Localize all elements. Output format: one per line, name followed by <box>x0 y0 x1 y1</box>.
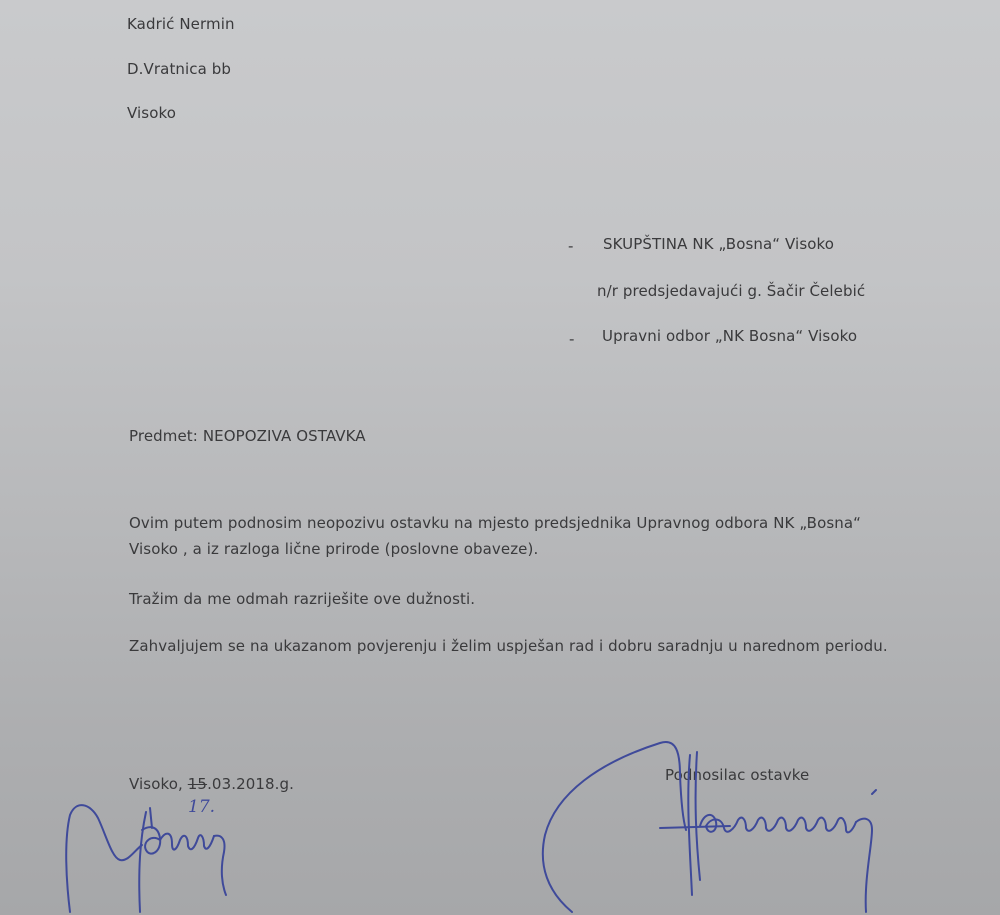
place: Visoko, <box>129 775 188 793</box>
body-paragraph: Ovim putem podnosim neopozivu ostavku na… <box>129 514 861 532</box>
date-rest: .03.2018.g. <box>207 775 294 793</box>
handwritten-date-correction: 17. <box>188 797 215 817</box>
body-paragraph: Tražim da me odmah razriješite ove dužno… <box>129 590 475 608</box>
recipient-bullet: - <box>568 237 573 255</box>
place-and-date: Visoko, 15.03.2018.g. <box>129 775 294 793</box>
struck-day: 15 <box>188 775 207 793</box>
signer-label: Podnosilac ostavke <box>665 766 809 784</box>
sender-city: Visoko <box>127 104 176 122</box>
subject-line: Predmet: NEOPOZIVA OSTAVKA <box>129 427 366 445</box>
body-paragraph: Zahvaljujem se na ukazanom povjerenju i … <box>129 637 888 655</box>
sender-name: Kadrić Nermin <box>127 15 235 33</box>
recipient-assembly: SKUPŠTINA NK „Bosna“ Visoko <box>603 235 834 253</box>
recipient-attention-note: n/r predsjedavajući g. Šačir Čelebić <box>597 282 865 300</box>
sender-street: D.Vratnica bb <box>127 60 231 78</box>
recipient-board: Upravni odbor „NK Bosna“ Visoko <box>602 327 857 345</box>
left-signature-icon <box>66 805 226 912</box>
recipient-bullet: - <box>569 330 574 348</box>
body-paragraph: Visoko , a iz razloga lične prirode (pos… <box>129 540 538 558</box>
resignation-letter: Kadrić Nermin D.Vratnica bb Visoko - SKU… <box>0 0 1000 915</box>
